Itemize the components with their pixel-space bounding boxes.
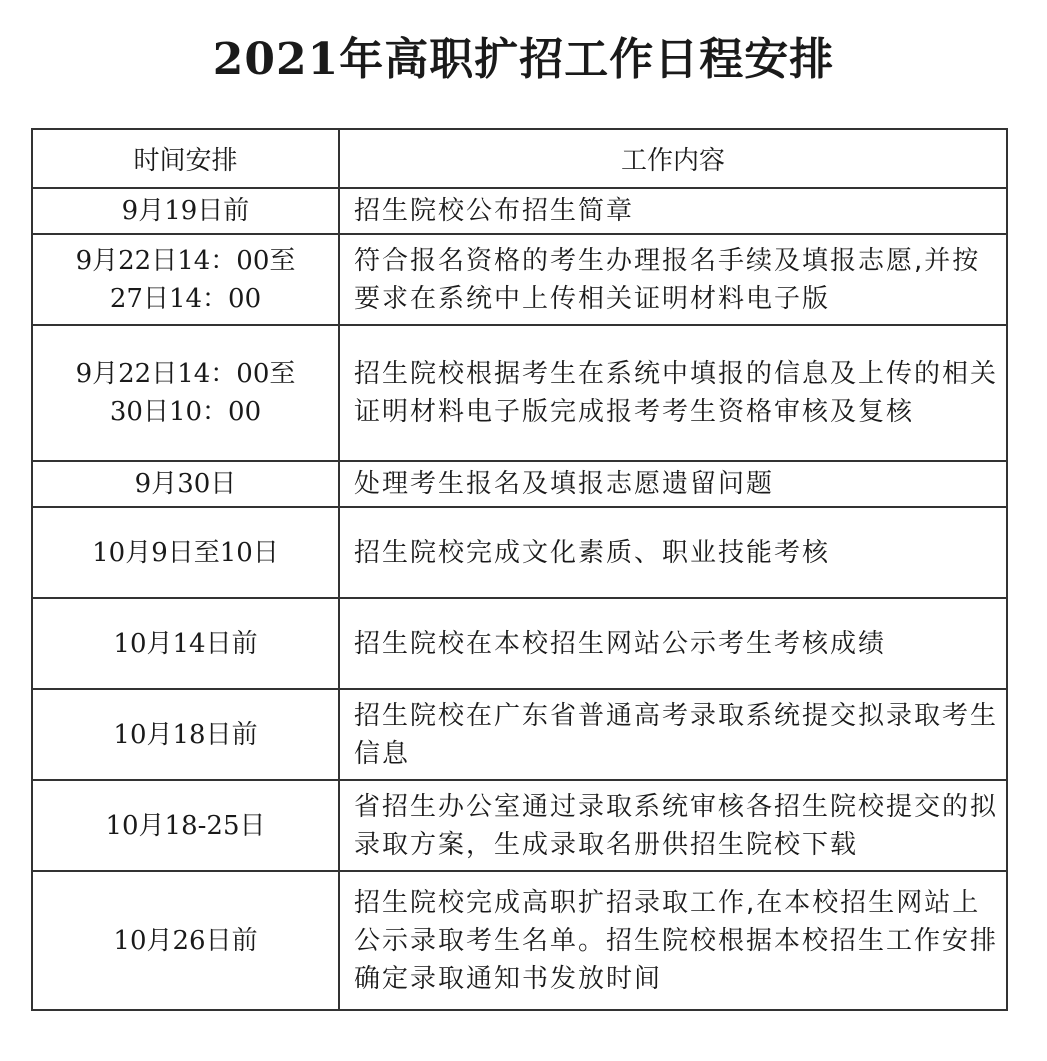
time-line: 10月9日至10日 <box>33 534 338 572</box>
content-cell: 招生院校根据考生在系统中填报的信息及上传的相关证明材料电子版完成报考考生资格审核… <box>339 325 1007 461</box>
schedule-table: 时间安排 工作内容 9月19日前招生院校公布招生简章9月22日14：00至27日… <box>31 128 1008 1011</box>
time-line: 9月22日14：00至 <box>33 355 338 393</box>
table-row: 10月18日前招生院校在广东省普通高考录取系统提交拟录取考生信息 <box>32 689 1007 780</box>
table-row: 10月9日至10日招生院校完成文化素质、职业技能考核 <box>32 507 1007 598</box>
content-cell: 招生院校在广东省普通高考录取系统提交拟录取考生信息 <box>339 689 1007 780</box>
content-cell: 招生院校完成文化素质、职业技能考核 <box>339 507 1007 598</box>
header-time: 时间安排 <box>32 129 339 188</box>
time-line: 10月14日前 <box>33 625 338 663</box>
time-line: 10月26日前 <box>33 922 338 960</box>
time-cell: 9月22日14：00至27日14：00 <box>32 234 339 325</box>
time-line: 9月30日 <box>33 465 338 503</box>
time-line: 27日14：00 <box>33 280 338 318</box>
time-cell: 10月9日至10日 <box>32 507 339 598</box>
table-header-row: 时间安排 工作内容 <box>32 129 1007 188</box>
page-title: 2021年高职扩招工作日程安排 <box>0 30 1047 90</box>
time-cell: 10月26日前 <box>32 871 339 1010</box>
table-row: 9月30日处理考生报名及填报志愿遗留问题 <box>32 461 1007 507</box>
table-row: 10月18-25日省招生办公室通过录取系统审核各招生院校提交的拟录取方案，生成录… <box>32 780 1007 871</box>
time-line: 10月18-25日 <box>33 807 338 845</box>
table-row: 9月22日14：00至27日14：00符合报名资格的考生办理报名手续及填报志愿,… <box>32 234 1007 325</box>
time-cell: 9月22日14：00至30日10：00 <box>32 325 339 461</box>
table-row: 10月14日前招生院校在本校招生网站公示考生考核成绩 <box>32 598 1007 689</box>
time-cell: 10月18-25日 <box>32 780 339 871</box>
time-line: 10月18日前 <box>33 716 338 754</box>
content-cell: 招生院校在本校招生网站公示考生考核成绩 <box>339 598 1007 689</box>
time-line: 9月19日前 <box>33 192 338 230</box>
content-cell: 省招生办公室通过录取系统审核各招生院校提交的拟录取方案，生成录取名册供招生院校下… <box>339 780 1007 871</box>
table-row: 9月22日14：00至30日10：00招生院校根据考生在系统中填报的信息及上传的… <box>32 325 1007 461</box>
content-cell: 处理考生报名及填报志愿遗留问题 <box>339 461 1007 507</box>
table-row: 10月26日前招生院校完成高职扩招录取工作,在本校招生网站上公示录取考生名单。招… <box>32 871 1007 1010</box>
time-line: 30日10：00 <box>33 393 338 431</box>
time-cell: 10月18日前 <box>32 689 339 780</box>
time-line: 9月22日14：00至 <box>33 242 338 280</box>
content-cell: 符合报名资格的考生办理报名手续及填报志愿,并按要求在系统中上传相关证明材料电子版 <box>339 234 1007 325</box>
time-cell: 10月14日前 <box>32 598 339 689</box>
time-cell: 9月19日前 <box>32 188 339 234</box>
content-cell: 招生院校完成高职扩招录取工作,在本校招生网站上公示录取考生名单。招生院校根据本校… <box>339 871 1007 1010</box>
table-row: 9月19日前招生院校公布招生简章 <box>32 188 1007 234</box>
content-cell: 招生院校公布招生简章 <box>339 188 1007 234</box>
time-cell: 9月30日 <box>32 461 339 507</box>
header-content: 工作内容 <box>339 129 1007 188</box>
